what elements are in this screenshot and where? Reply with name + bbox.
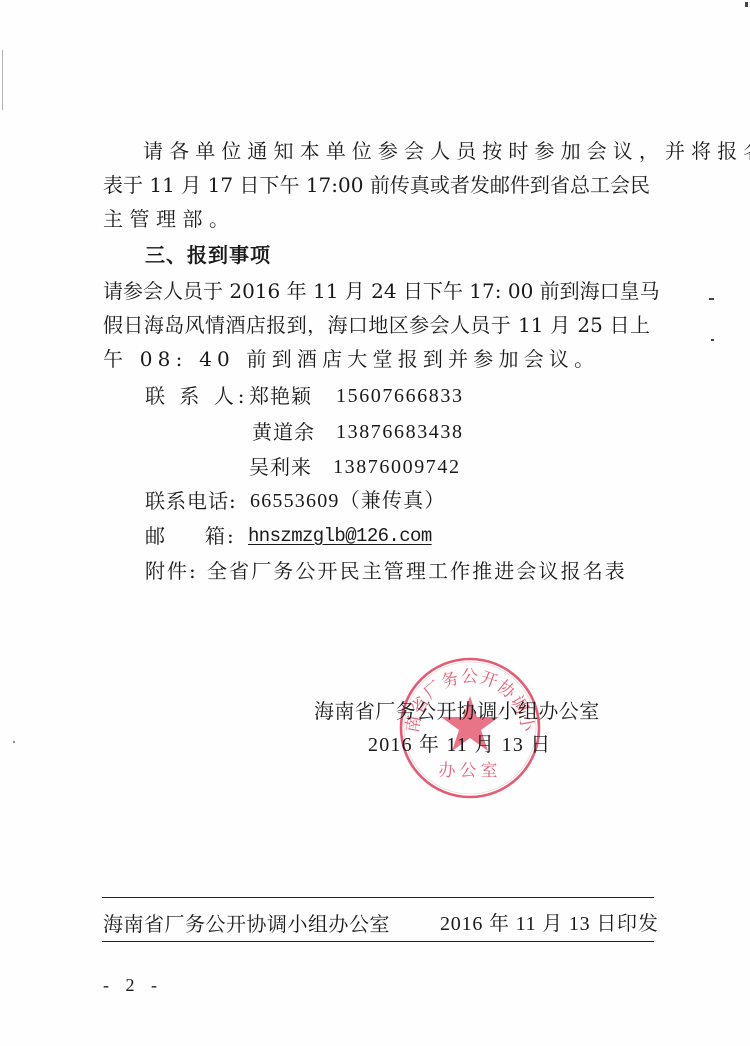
signature-organization: 海南省厂务公开协调小组办公室 — [314, 699, 600, 723]
attachment-link[interactable]: 全省厂务公开民主管理工作推进会议报名表 — [207, 559, 627, 583]
signature-date: 2016 年 11 月 13 日 — [368, 733, 551, 757]
document-page: 请各单位通知本单位参会人员按时参加会议，并将报名 表于 11 月 17 日下午 … — [0, 0, 750, 1046]
svg-text:办公室: 办公室 — [439, 761, 502, 781]
phone-value: 66553609（兼传真） — [250, 489, 446, 513]
footer-issuer: 海南省厂务公开协调小组办公室 — [103, 912, 390, 936]
contact-name: 黄道余 — [252, 420, 315, 444]
scan-artifact — [2, 50, 3, 110]
contact-phone: 13876683438 — [336, 420, 464, 444]
footer-top-rule — [102, 897, 654, 898]
email-label-right: 箱: — [205, 524, 236, 548]
page-number: - 2 - — [103, 975, 163, 996]
scan-artifact — [745, 2, 748, 7]
contacts-label: 联 系 人: — [145, 384, 248, 408]
attachment-label: 附件: — [145, 559, 198, 583]
scan-artifact — [13, 741, 15, 743]
paragraph-line: 假日海岛风情酒店报到，海口地区参会人员于 11 月 25 日上 — [103, 313, 650, 337]
contact-phone: 13876009742 — [333, 455, 461, 479]
footer-issued-date: 2016 年 11 月 13 日印发 — [440, 912, 659, 936]
paragraph-line: 主管理部。 — [103, 207, 236, 231]
email-label-left: 邮 — [145, 524, 165, 548]
paragraph-line: 请各单位通知本单位参会人员按时参加会议，并将报名 — [143, 139, 649, 163]
footer-bottom-rule — [102, 941, 654, 942]
official-seal-icon: 海南省厂务公开协调小组 办公室 — [398, 656, 542, 800]
paragraph-line: 午 08: 40 前到酒店大堂报到并参加会议。 — [103, 347, 599, 371]
scan-artifact — [711, 339, 714, 341]
paragraph-line: 表于 11 月 17 日下午 17:00 前传真或者发邮件到省总工会民 — [103, 173, 650, 197]
phone-label: 联系电话: — [145, 489, 237, 513]
contact-name: 吴利来 — [249, 455, 312, 479]
contact-phone: 15607666833 — [336, 384, 464, 408]
email-link[interactable]: hnszmzglb@126.com — [248, 524, 432, 548]
section-heading: 三、报到事项 — [145, 243, 271, 267]
scan-artifact — [709, 298, 714, 300]
contact-name: 郑艳颖 — [249, 384, 312, 408]
paragraph-line: 请参会人员于 2016 年 11 月 24 日下午 17: 00 前到海口皇马 — [103, 279, 650, 303]
